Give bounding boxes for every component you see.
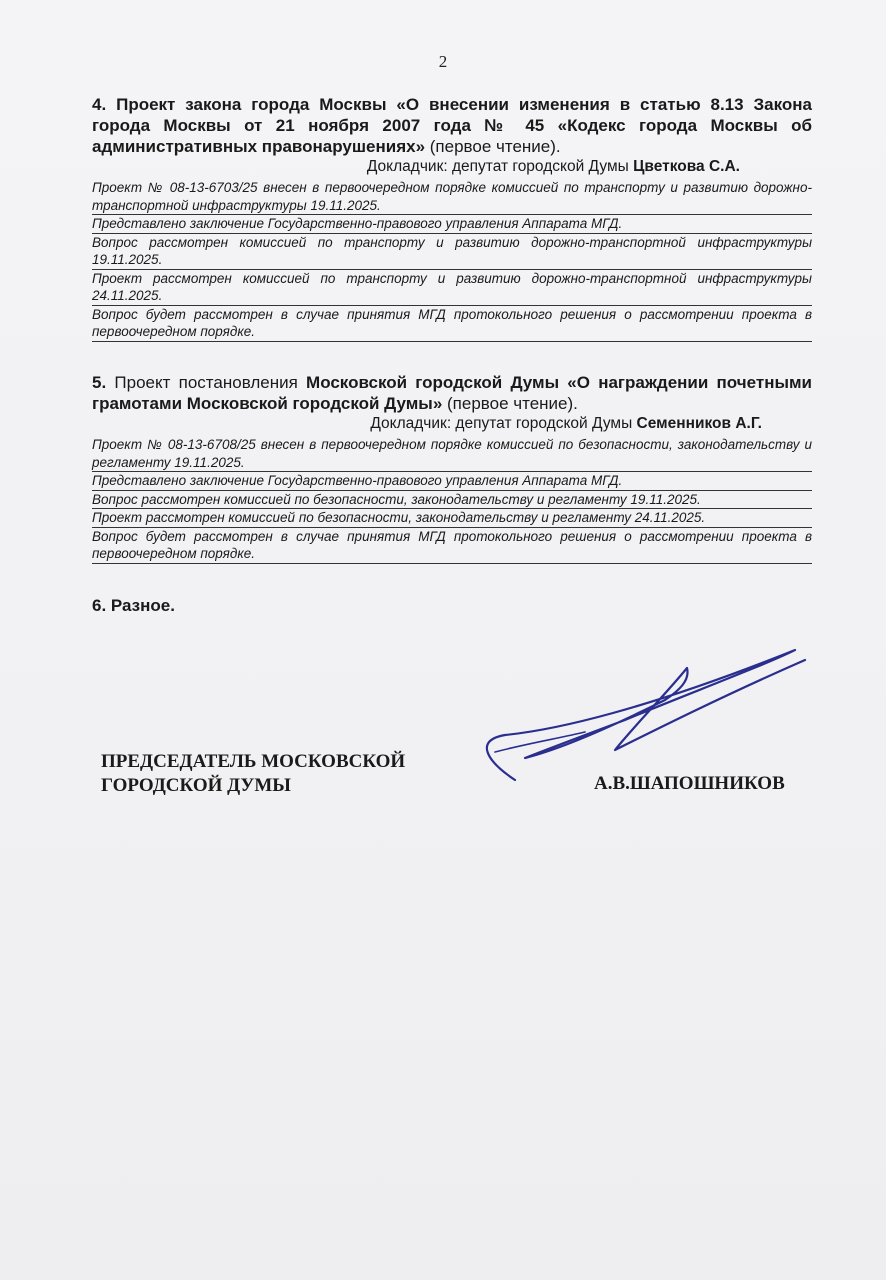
item-number: 5.	[92, 373, 106, 392]
item-number: 4.	[92, 95, 106, 114]
item-title-pre: Проект постановления	[114, 373, 306, 392]
agenda-item-title: 4. Проект закона города Москвы «О внесен…	[92, 94, 812, 157]
reporter-line: Докладчик: депутат городской Думы Семенн…	[92, 414, 812, 434]
chair-title-line1: ПРЕДСЕДАТЕЛЬ МОСКОВСКОЙ	[101, 750, 405, 774]
note: Проект рассмотрен комиссией по транспорт…	[92, 270, 812, 306]
note: Проект рассмотрен комиссией по безопасно…	[92, 509, 812, 528]
reporter-label: Докладчик: депутат городской Думы	[367, 158, 633, 175]
note: Вопрос рассмотрен комиссией по транспорт…	[92, 234, 812, 270]
note: Проект № 08-13-6708/25 внесен в первооче…	[92, 436, 812, 472]
agenda-item-title: 5. Проект постановления Московской город…	[92, 372, 812, 414]
note: Вопрос будет рассмотрен в случае приняти…	[92, 306, 812, 342]
reporter-line: Докладчик: депутат городской Думы Цветко…	[92, 157, 812, 177]
note: Проект № 08-13-6703/25 внесен в первооче…	[92, 179, 812, 215]
note: Представлено заключение Государственно-п…	[92, 215, 812, 234]
note: Вопрос рассмотрен комиссией по безопасно…	[92, 491, 812, 510]
chair-title: ПРЕДСЕДАТЕЛЬ МОСКОВСКОЙ ГОРОДСКОЙ ДУМЫ	[101, 750, 405, 798]
chair-title-line2: ГОРОДСКОЙ ДУМЫ	[101, 774, 405, 798]
agenda-item-6: 6. Разное.	[92, 596, 175, 616]
reporter-name: Цветкова С.А.	[633, 158, 740, 175]
item-title-tail: (первое чтение).	[442, 394, 578, 413]
reporter-label: Докладчик: депутат городской Думы	[370, 415, 636, 432]
agenda-item-5: 5. Проект постановления Московской город…	[92, 372, 812, 564]
note: Представлено заключение Государственно-п…	[92, 472, 812, 491]
handwritten-signature-icon	[465, 640, 815, 790]
note: Вопрос будет рассмотрен в случае приняти…	[92, 528, 812, 564]
page-number: 2	[0, 52, 886, 72]
item-title-tail: (первое чтение).	[425, 137, 561, 156]
agenda-item-4: 4. Проект закона города Москвы «О внесен…	[92, 94, 812, 342]
reporter-name: Семенников А.Г.	[637, 415, 762, 432]
item-notes: Проект № 08-13-6708/25 внесен в первооче…	[92, 436, 812, 564]
chair-name: А.В.ШАПОШНИКОВ	[594, 773, 785, 795]
item-notes: Проект № 08-13-6703/25 внесен в первооче…	[92, 179, 812, 342]
